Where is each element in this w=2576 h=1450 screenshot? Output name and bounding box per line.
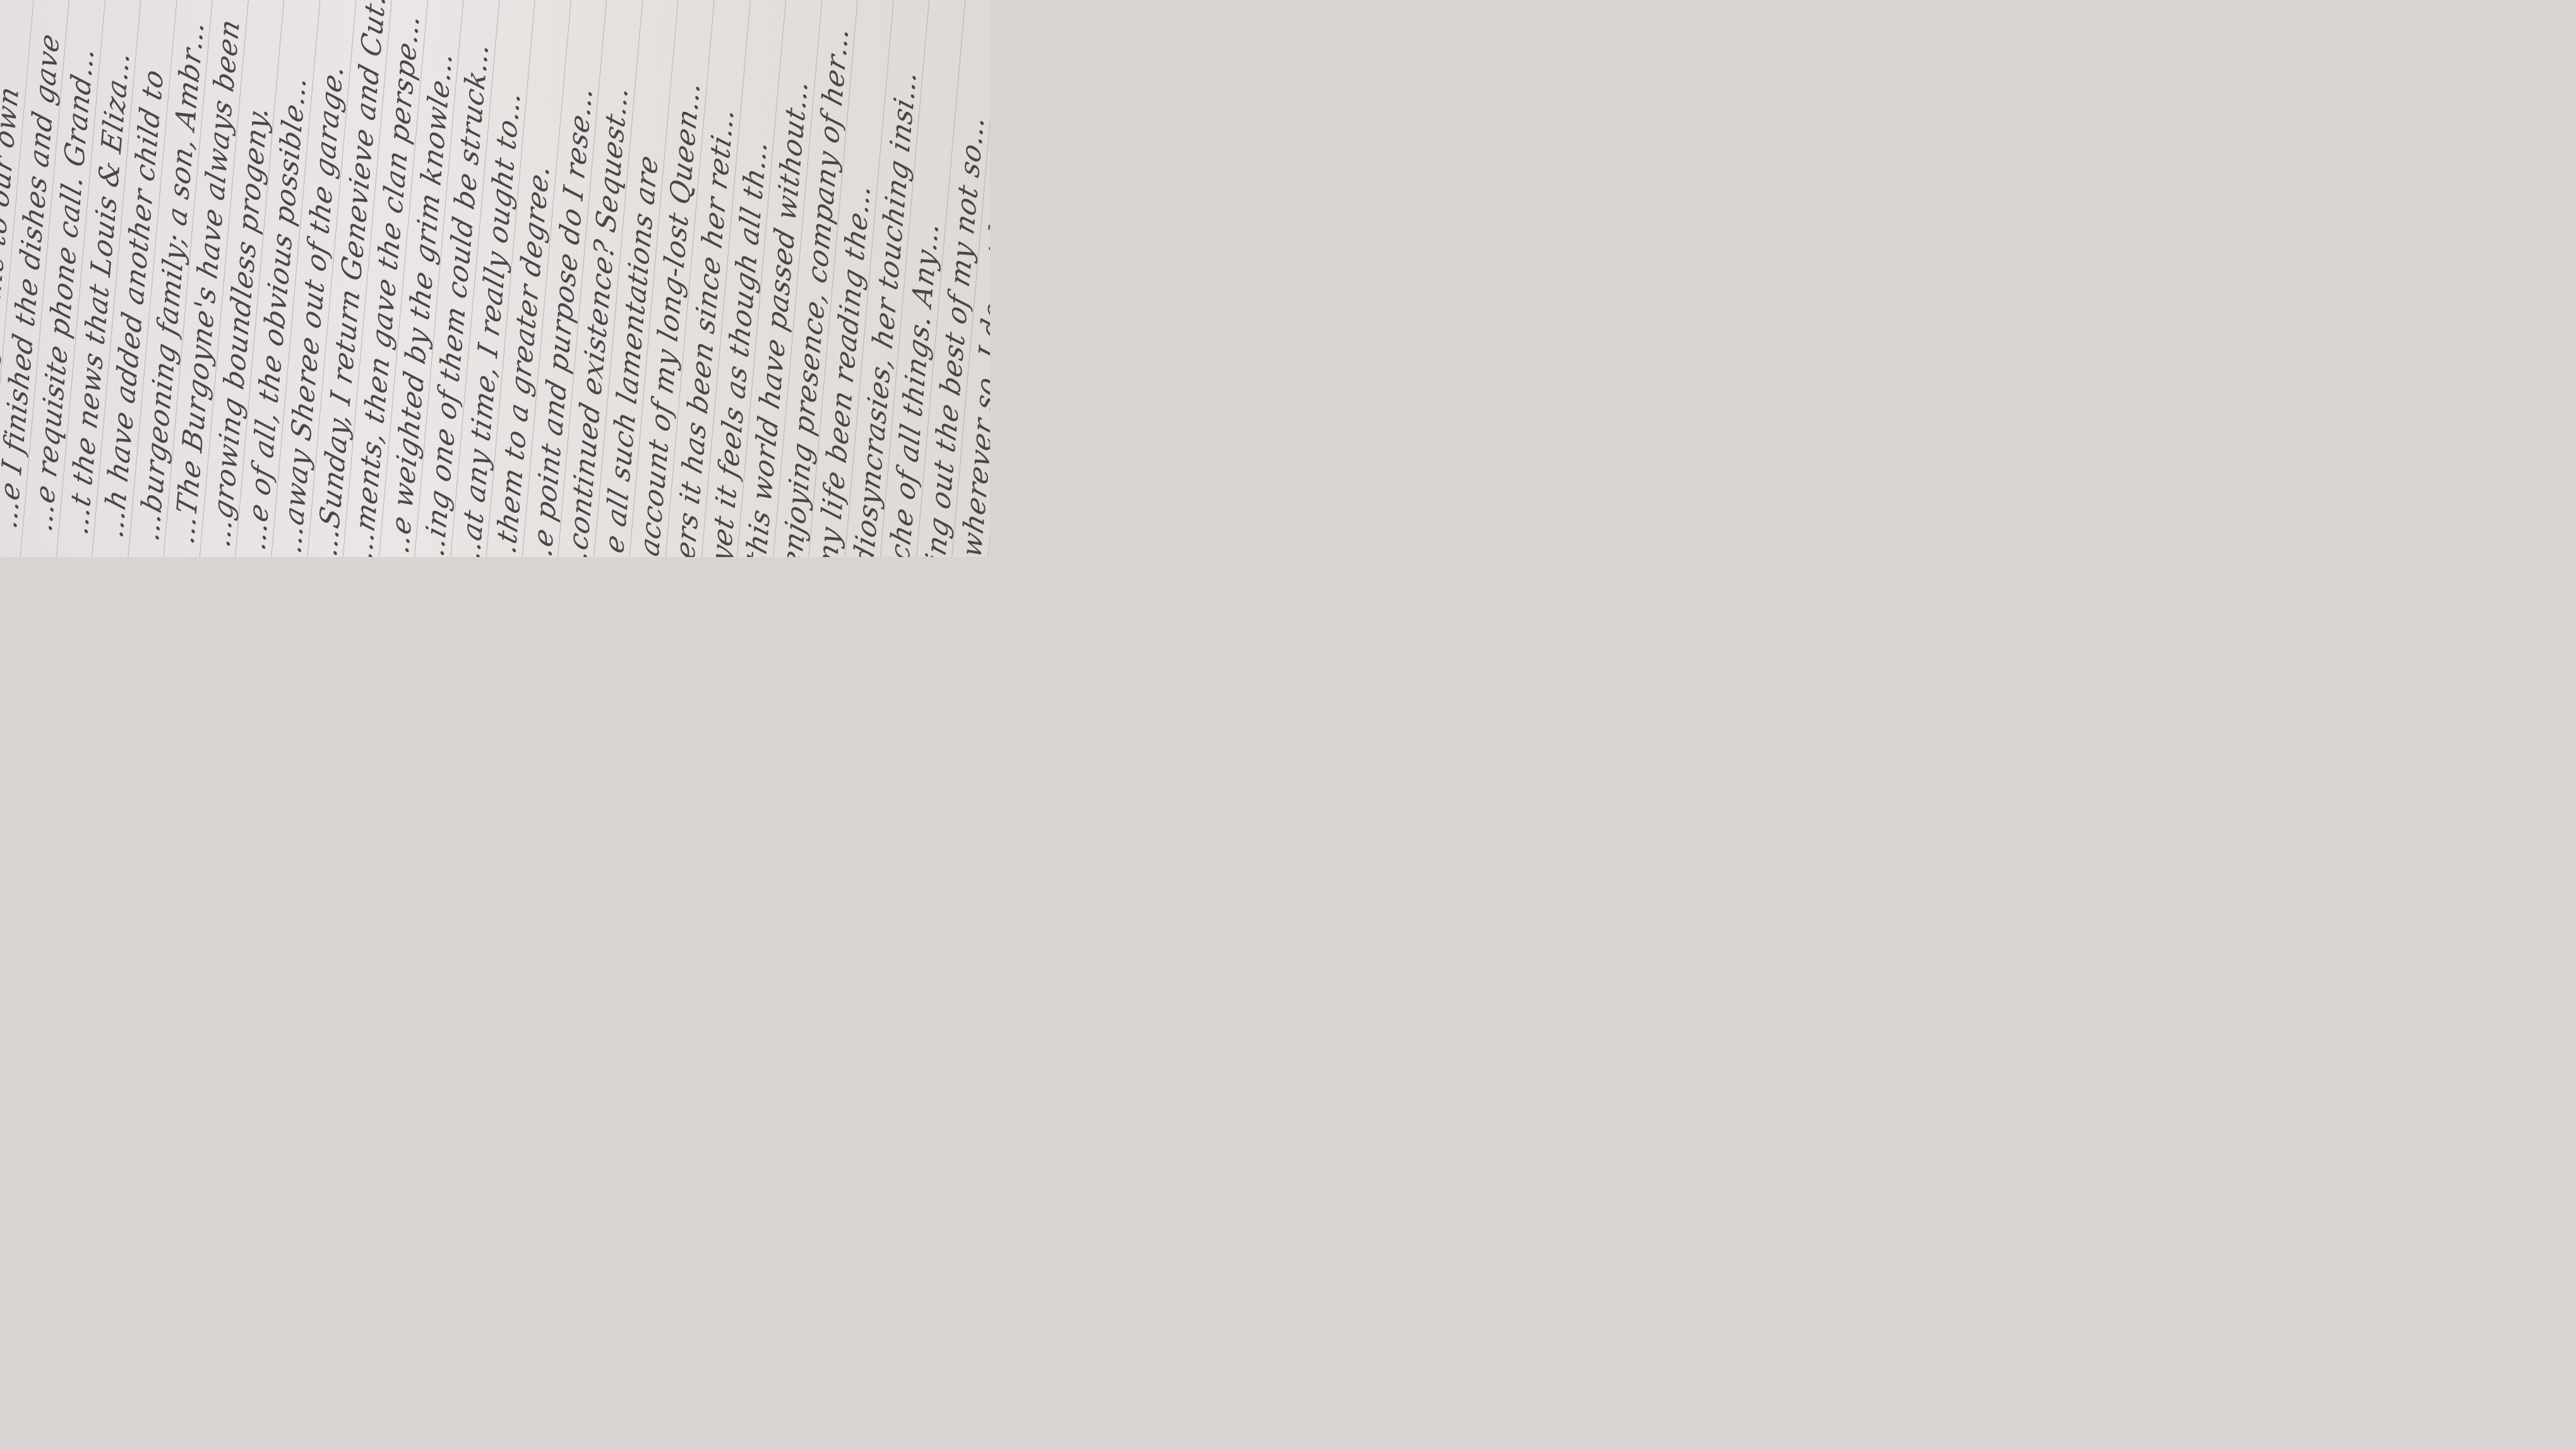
rotated-page-content: …ving Jenny & me to our own…e I finished… xyxy=(0,0,990,557)
notebook-page: …ving Jenny & me to our own…e I finished… xyxy=(0,0,990,557)
